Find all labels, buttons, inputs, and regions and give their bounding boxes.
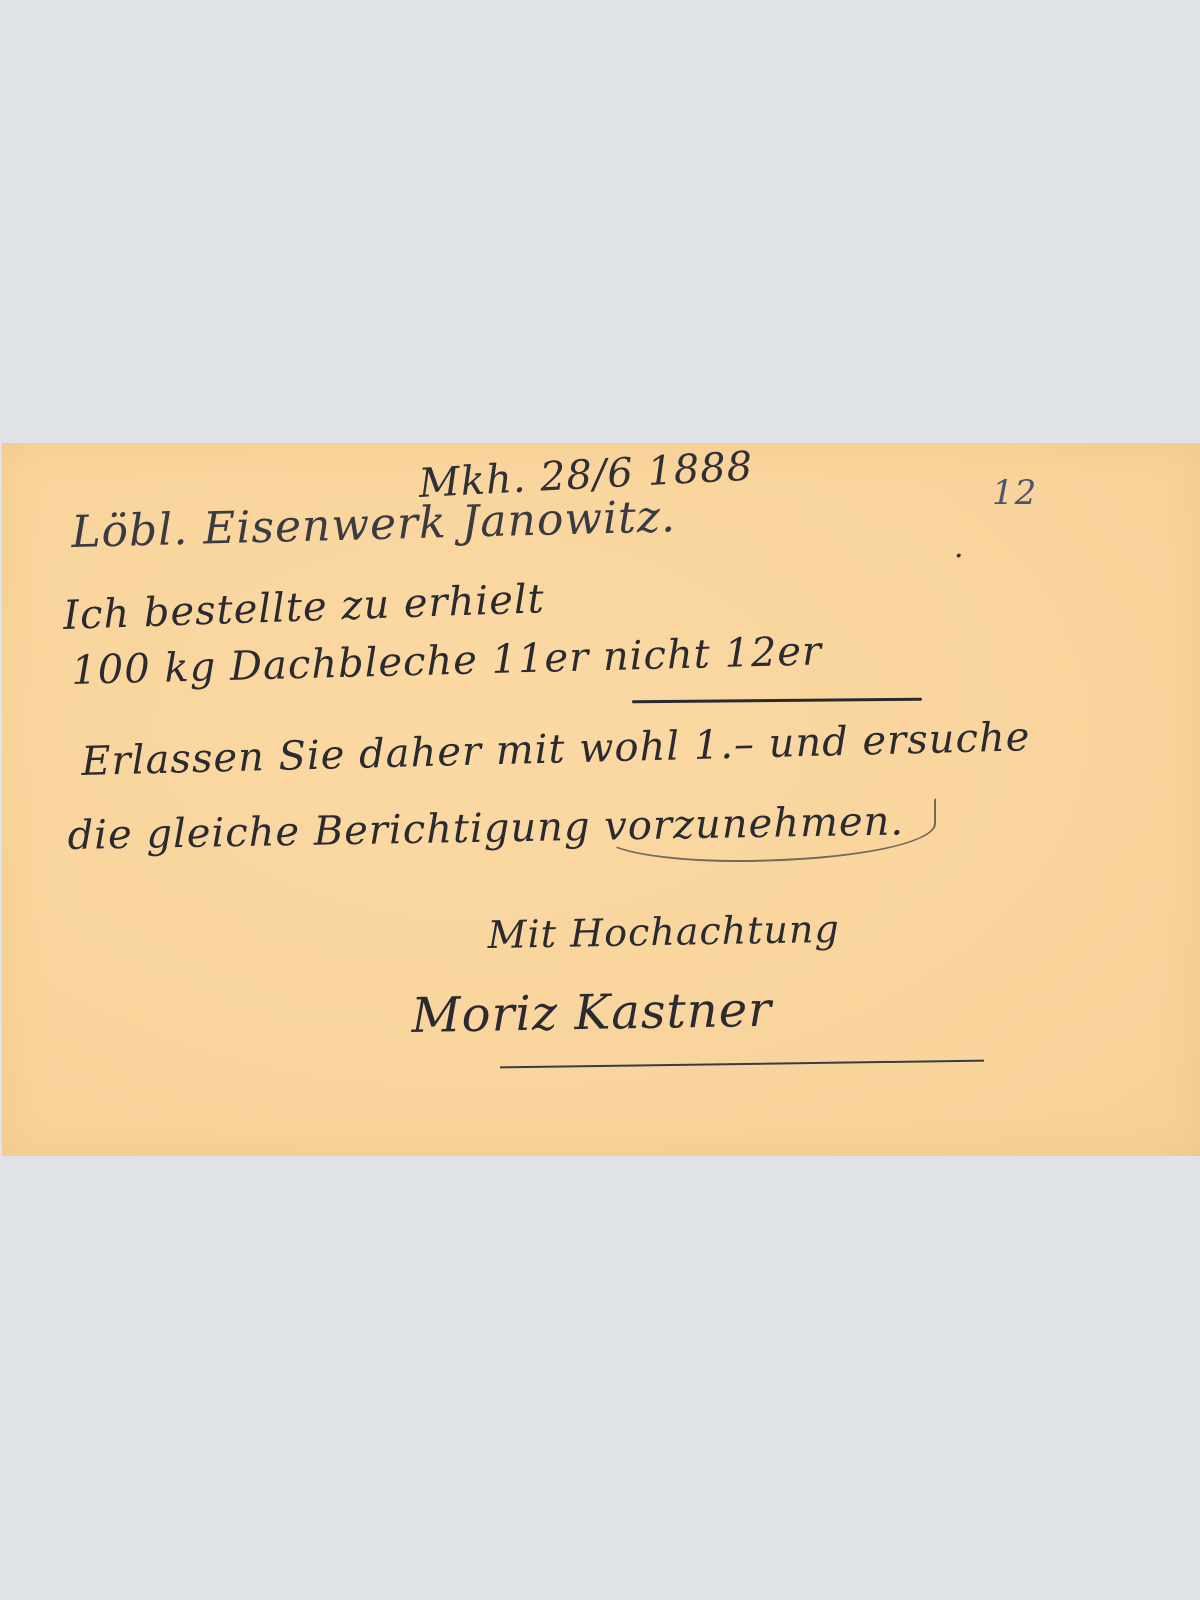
body-line-2: 100 kg Dachbleche 11er nicht 12er — [71, 628, 823, 694]
salutation: Löbl. Eisenwerk Janowitz. — [71, 491, 677, 558]
postcard: Mkh. 28/6 1888 12 Löbl. Eisenwerk Janowi… — [2, 443, 1200, 1156]
underline-nicht-12er — [632, 698, 922, 704]
signature: Moriz Kastner — [411, 982, 772, 1044]
ink-dot: · — [954, 539, 965, 574]
closing-flourish — [602, 798, 936, 862]
page-number: 12 — [992, 473, 1037, 513]
body-line-1: Ich bestellte zu erhielt — [62, 576, 545, 639]
signature-underline — [500, 1060, 984, 1069]
closing: Mit Hochachtung — [487, 907, 840, 957]
body-line-3: Erlassen Sie daher mit wohl 1.– und ersu… — [81, 714, 1031, 785]
